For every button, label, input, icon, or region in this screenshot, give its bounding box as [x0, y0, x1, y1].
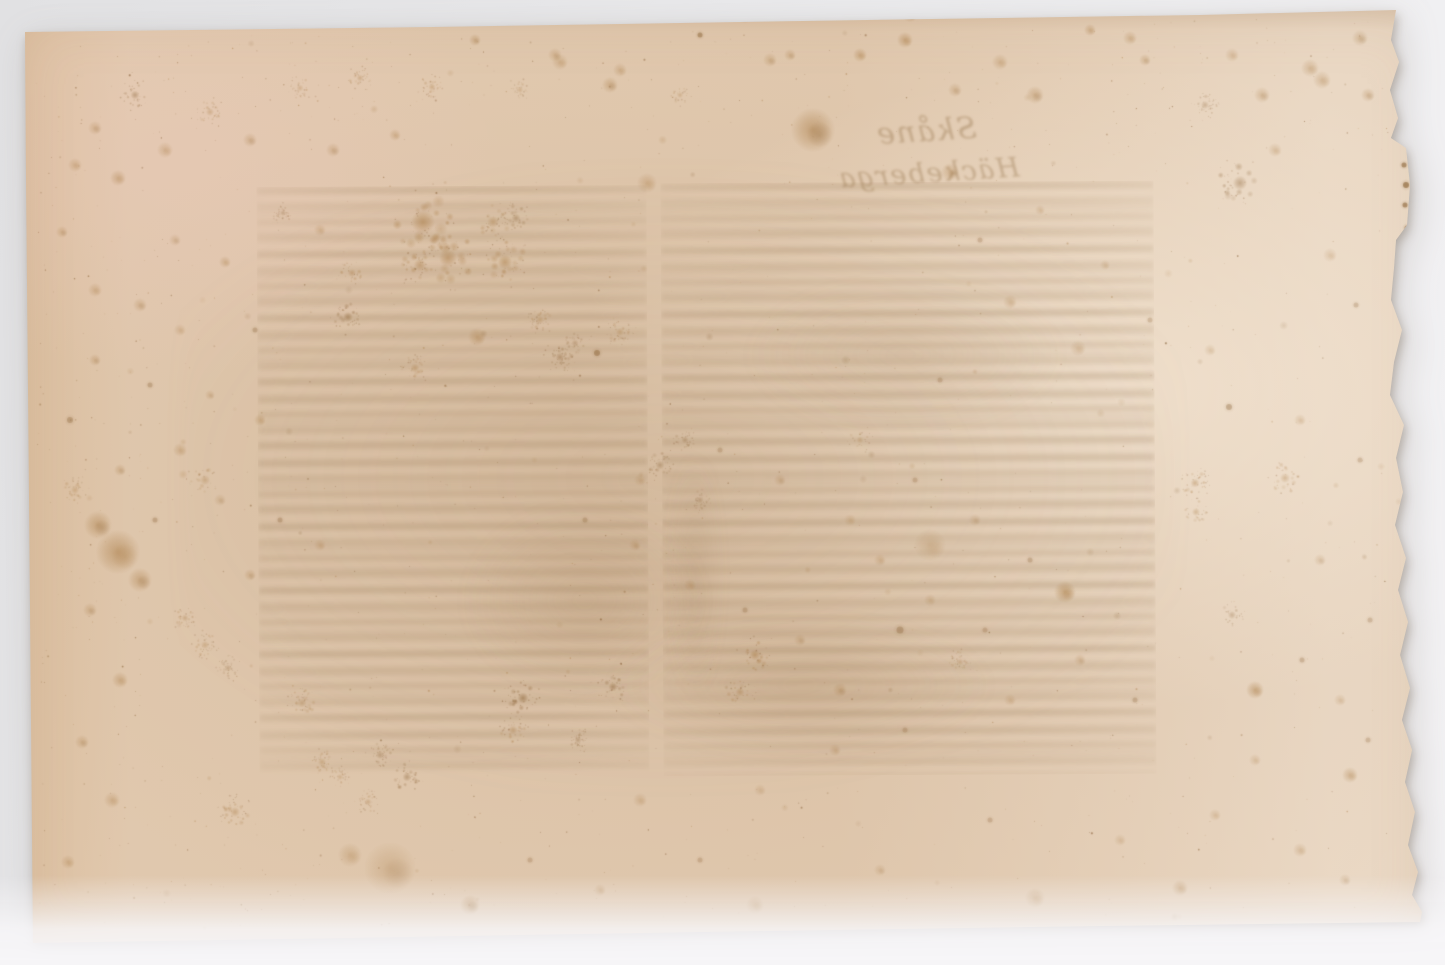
- photo-backdrop: Skåne Häckeberga: [0, 0, 1445, 965]
- paper-shadow-wrap: Skåne Häckeberga: [0, 0, 1445, 965]
- foxing-texture-canvas: [0, 0, 1445, 965]
- paper-sheet: Skåne Häckeberga: [0, 0, 1445, 965]
